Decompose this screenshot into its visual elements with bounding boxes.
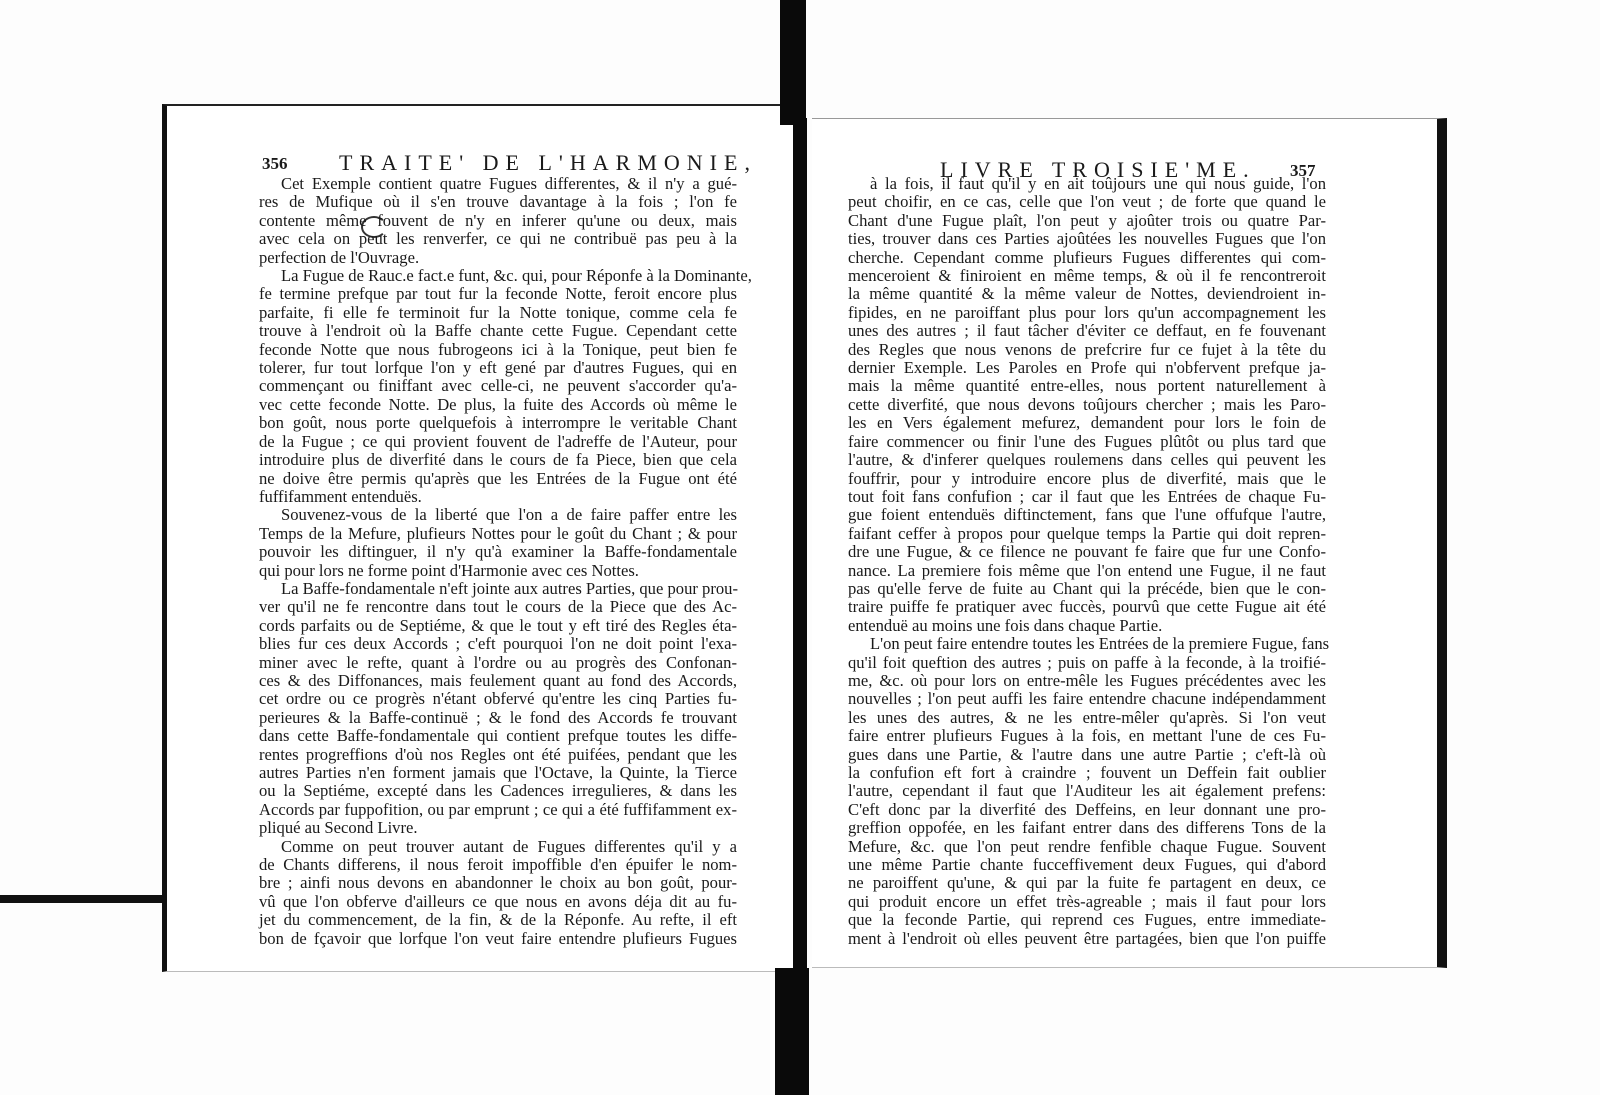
text-line: qui produit encore un effet très-agreabl…: [848, 893, 1326, 911]
text-line: vû que l'on obferve d'ailleurs ce que no…: [259, 893, 737, 911]
text-line: Souvenez-vous de la liberté que l'on a d…: [259, 506, 737, 524]
text-line: dre une Fugue, & ce filence ne pouvant f…: [848, 543, 1326, 561]
text-line: faire commencer ou finir l'une des Fugue…: [848, 433, 1326, 451]
text-line: tout foit fans confufion ; car il faut q…: [848, 488, 1326, 506]
running-head: TRAITE' DE L'HARMONIE,: [339, 150, 757, 176]
text-line: ne paroiffent qu'une, & qui par la fuite…: [848, 874, 1326, 892]
text-line: contente même fouvent de n'y en inferer …: [259, 212, 737, 230]
text-line: ties, trouver dans ces Parties ajoûtées …: [848, 230, 1326, 248]
text-line: pas qu'elle ferve de fuite au Chant qui …: [848, 580, 1326, 598]
text-line: les en Vers également mefurez, demandent…: [848, 414, 1326, 432]
text-line: qui pour lors ne forme point d'Harmonie …: [259, 562, 737, 580]
text-line: Accords par fuppofition, ou par emprunt …: [259, 801, 737, 819]
body-text: Cet Exemple contient quatre Fugues diffe…: [259, 175, 737, 948]
text-line: introduire plus de diverfité dans le cou…: [259, 451, 737, 469]
text-line: unes des autres ; il faut tâcher d'évite…: [848, 322, 1326, 340]
text-line: bon goût, nous porte quelquefois à inter…: [259, 414, 737, 432]
text-line: traire puiffe fe pratiquer avec fuccès, …: [848, 598, 1326, 616]
text-line: me, &c. où pour lors on entre-mêle les F…: [848, 672, 1326, 690]
text-line: la confufion eft fort à craindre ; fouve…: [848, 764, 1326, 782]
text-line: nouvelles ; l'on peut auffi les faire en…: [848, 690, 1326, 708]
text-line: cet ordre ou ce progrès n'étant obfervé …: [259, 690, 737, 708]
text-line: blies fur ces deux Accords ; c'eft pourq…: [259, 635, 737, 653]
text-line: tolerer, fur tout lorfque l'on y eft gen…: [259, 359, 737, 377]
text-line: fuffifamment entenduës.: [259, 488, 737, 506]
text-line: rentes progreffions d'où nos Regles ont …: [259, 746, 737, 764]
text-line: nance. La premiere fois même que l'on en…: [848, 562, 1326, 580]
text-line: l'autre, cependant il faut que l'Auditeu…: [848, 782, 1326, 800]
text-line: ment à l'endroit où elles peuvent être p…: [848, 930, 1326, 948]
text-line: autres Parties n'en forment jamais que l…: [259, 764, 737, 782]
text-line: perieures & la Baffe-continuë ; & le fon…: [259, 709, 737, 727]
text-line: cherche. Cependant comme plufieurs Fugue…: [848, 249, 1326, 267]
book-spine: [780, 0, 806, 125]
page-edge-shadow: [0, 895, 170, 903]
book-gutter: [793, 118, 807, 968]
text-line: C'eft donc par la diverfité des Deffeins…: [848, 801, 1326, 819]
text-line: L'on peut faire entendre toutes les Entr…: [848, 635, 1326, 653]
text-line: feconde Notte que nous fubrogeons ici à …: [259, 341, 737, 359]
text-line: gue foient entenduës diftinctement, fans…: [848, 506, 1326, 524]
text-line: fipides, en ne paroiffant plus pour lors…: [848, 304, 1326, 322]
text-line: ou la Septiéme, excepté dans les Cadence…: [259, 782, 737, 800]
text-line: gues dans une Partie, & l'autre dans une…: [848, 746, 1326, 764]
text-line: vec cette feconde Notte. De plus, la fui…: [259, 396, 737, 414]
text-line: La Baffe-fondamentale n'eft jointe aux a…: [259, 580, 737, 598]
text-line: ver qu'il ne fe rencontre dans tout le c…: [259, 598, 737, 616]
text-line: trouve à l'endroit où la Baffe chante ce…: [259, 322, 737, 340]
text-line: Comme on peut trouver autant de Fugues d…: [259, 838, 737, 856]
page-number: 356: [262, 154, 288, 174]
text-line: une même Partie chante fucceffivement de…: [848, 856, 1326, 874]
text-line: dans cette Baffe-fondamentale qui contie…: [259, 727, 737, 745]
text-line: à la fois, il faut qu'il y en ait toûjou…: [848, 175, 1326, 193]
text-line: l'autre, & d'inferer quelques roulemens …: [848, 451, 1326, 469]
text-line: Mefure, &c. que l'on peut rendre fenfibl…: [848, 838, 1326, 856]
left-page: 356 TRAITE' DE L'HARMONIE, Cet Exemple c…: [162, 104, 797, 972]
text-line: bon de fçavoir que lorfque l'on veut fai…: [259, 930, 737, 948]
text-line: la même quantité & la même valeur de Not…: [848, 285, 1326, 303]
text-line: fouffrir, pour y introduire encore plus …: [848, 470, 1326, 488]
text-line: de la Fugue ; ce qui provient fouvent de…: [259, 433, 737, 451]
text-line: ne doive être permis qu'après que les En…: [259, 470, 737, 488]
text-line: perfection de l'Ouvrage.: [259, 249, 737, 267]
text-line: mais la même quantité entre-elles, nous …: [848, 377, 1326, 395]
text-line: des Regles que nous venons de prefcrire …: [848, 341, 1326, 359]
book-spine: [775, 968, 809, 1095]
text-line: Chant d'une Fugue plaît, l'on peut y ajo…: [848, 212, 1326, 230]
text-line: pouvoir les diftinguer, il n'y qu'à exam…: [259, 543, 737, 561]
text-line: Cet Exemple contient quatre Fugues diffe…: [259, 175, 737, 193]
text-line: avec cela on peut les renverfer, ce qui …: [259, 230, 737, 248]
text-line: res de Mufique où il s'en trouve davanta…: [259, 193, 737, 211]
right-page: LIVRE TROISIE'ME. 357 à la fois, il faut…: [812, 118, 1447, 968]
text-line: de Chants differens, il nous feroit impo…: [259, 856, 737, 874]
body-text: à la fois, il faut qu'il y en ait toûjou…: [848, 175, 1326, 948]
text-line: jet du commencement, de la fin, & de la …: [259, 911, 737, 929]
text-line: menceroient & finiroient en même temps, …: [848, 267, 1326, 285]
text-line: parfaite, fi elle fe terminoit fur la No…: [259, 304, 737, 322]
text-line: ces & des Diffonances, mais feulement qu…: [259, 672, 737, 690]
text-line: pliqué au Second Livre.: [259, 819, 737, 837]
text-line: dernier Exemple. Les Paroles en Profe qu…: [848, 359, 1326, 377]
text-line: faire entrer plufieurs Fugues à la fois,…: [848, 727, 1326, 745]
text-line: qu'il foit queftion des autres ; puis on…: [848, 654, 1326, 672]
text-line: cords parfaits ou de Septiéme, & que le …: [259, 617, 737, 635]
text-line: La Fugue de Rauc.e fact.e funt, &c. qui,…: [259, 267, 737, 285]
text-line: fe termine prefque par tout fur la fecon…: [259, 285, 737, 303]
text-line: miner avec le refte, quant à l'ordre ou …: [259, 654, 737, 672]
text-line: Temps de la Mefure, plufieurs Nottes pou…: [259, 525, 737, 543]
text-line: peut choifir, en ce cas, celle que l'on …: [848, 193, 1326, 211]
text-line: que la feconde Partie, qui reprend ces F…: [848, 911, 1326, 929]
text-line: greffion oppofée, en les faifant entrer …: [848, 819, 1326, 837]
text-line: bre ; ainfi nous devons en abandonner le…: [259, 874, 737, 892]
text-line: cette diverfité, que nous devons toûjour…: [848, 396, 1326, 414]
text-line: commençant ou finiffant avec celle-ci, n…: [259, 377, 737, 395]
text-line: entenduë au moins une fois dans chaque P…: [848, 617, 1326, 635]
text-line: les unes des autres, & ne les entre-mêle…: [848, 709, 1326, 727]
text-line: faifant ceffer à propos pour quelque tem…: [848, 525, 1326, 543]
